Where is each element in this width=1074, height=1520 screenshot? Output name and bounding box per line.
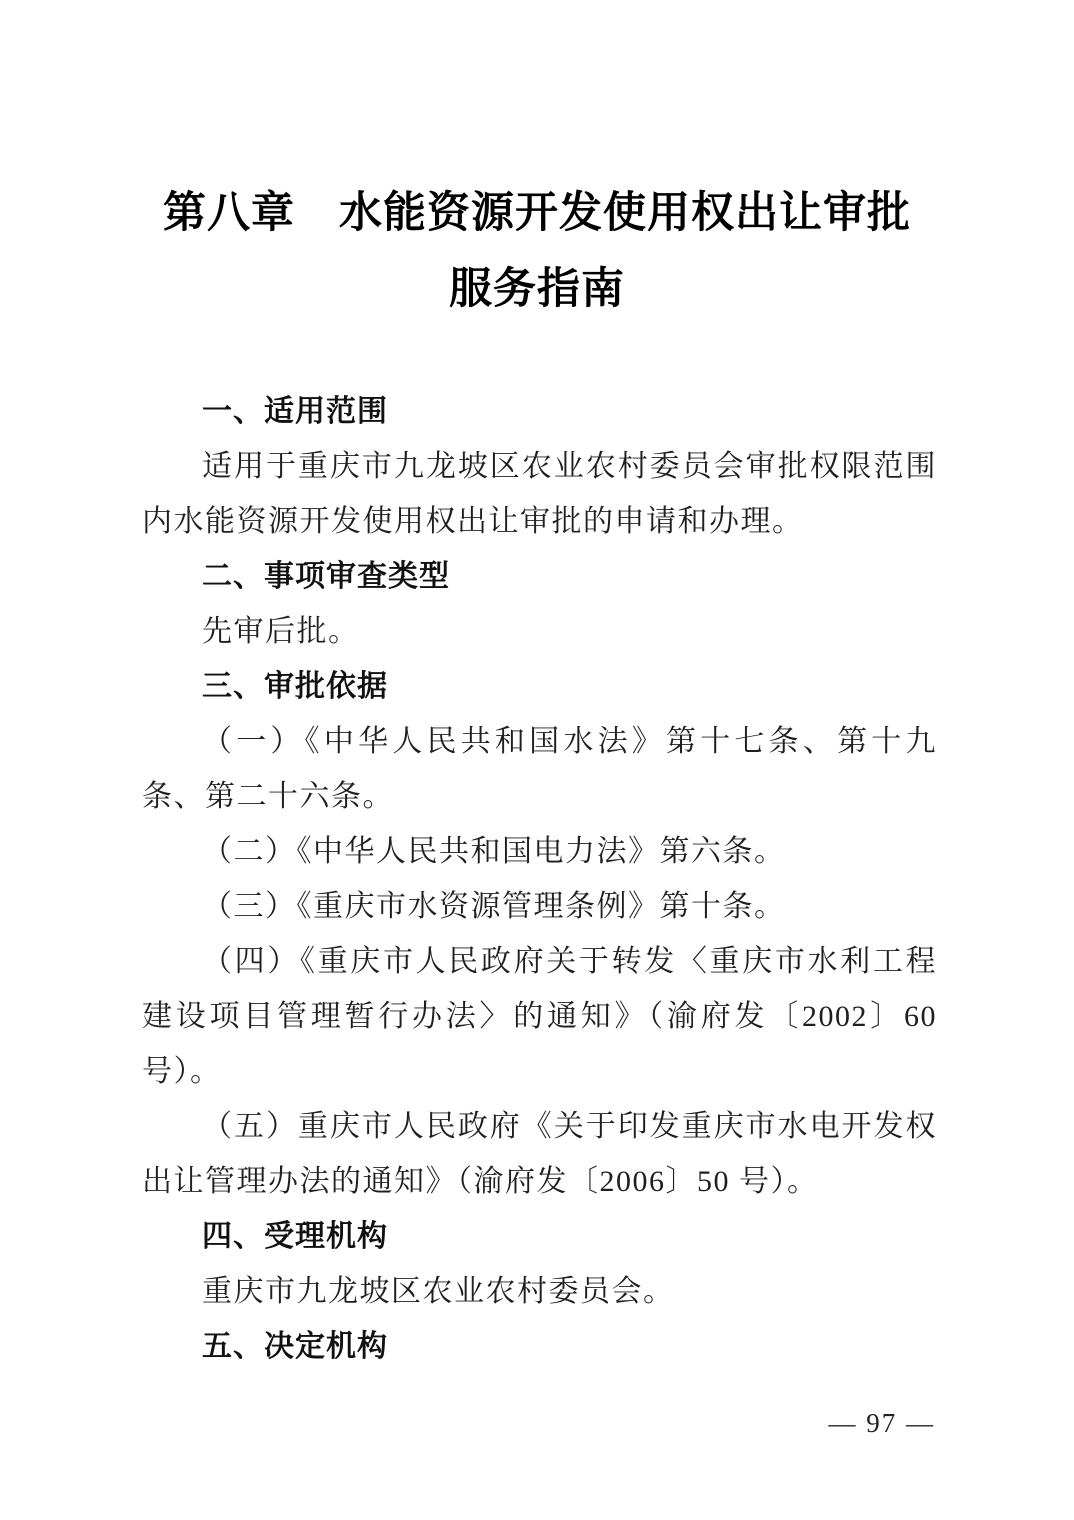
section-heading-scope: 一、适用范围	[142, 384, 937, 439]
paragraph-basis-item-1: （一）《中华人民共和国水法》第十七条、第十九条、第二十六条。	[142, 714, 937, 824]
document-title: 第八章 水能资源开发使用权出让审批 服务指南	[60, 176, 1014, 328]
paragraph-basis-item-3: （三）《重庆市水资源管理条例》第十条。	[142, 879, 937, 934]
document-page: 第八章 水能资源开发使用权出让审批 服务指南 一、适用范围 适用于重庆市九龙坡区…	[0, 0, 1074, 1520]
section-heading-deciding-agency: 五、决定机构	[142, 1319, 937, 1374]
section-heading-accepting-agency: 四、受理机构	[142, 1209, 937, 1264]
section-heading-review-type: 二、事项审查类型	[142, 549, 937, 604]
paragraph-review-type: 先审后批。	[142, 604, 937, 659]
title-line-1: 第八章 水能资源开发使用权出让审批	[60, 176, 1014, 252]
paragraph-basis-item-2: （二）《中华人民共和国电力法》第六条。	[142, 824, 937, 879]
paragraph-scope: 适用于重庆市九龙坡区农业农村委员会审批权限范围内水能资源开发使用权出让审批的申请…	[142, 439, 937, 549]
section-heading-approval-basis: 三、审批依据	[142, 659, 937, 714]
paragraph-accepting-agency: 重庆市九龙坡区农业农村委员会。	[142, 1264, 937, 1319]
paragraph-basis-item-4: （四）《重庆市人民政府关于转发〈重庆市水利工程建设项目管理暂行办法〉的通知》（渝…	[142, 934, 937, 1099]
document-body: 一、适用范围 适用于重庆市九龙坡区农业农村委员会审批权限范围内水能资源开发使用权…	[142, 384, 937, 1374]
page-number: — 97 —	[829, 1408, 936, 1439]
paragraph-basis-item-5: （五）重庆市人民政府《关于印发重庆市水电开发权出让管理办法的通知》（渝府发〔20…	[142, 1099, 937, 1209]
title-line-2: 服务指南	[60, 252, 1014, 328]
